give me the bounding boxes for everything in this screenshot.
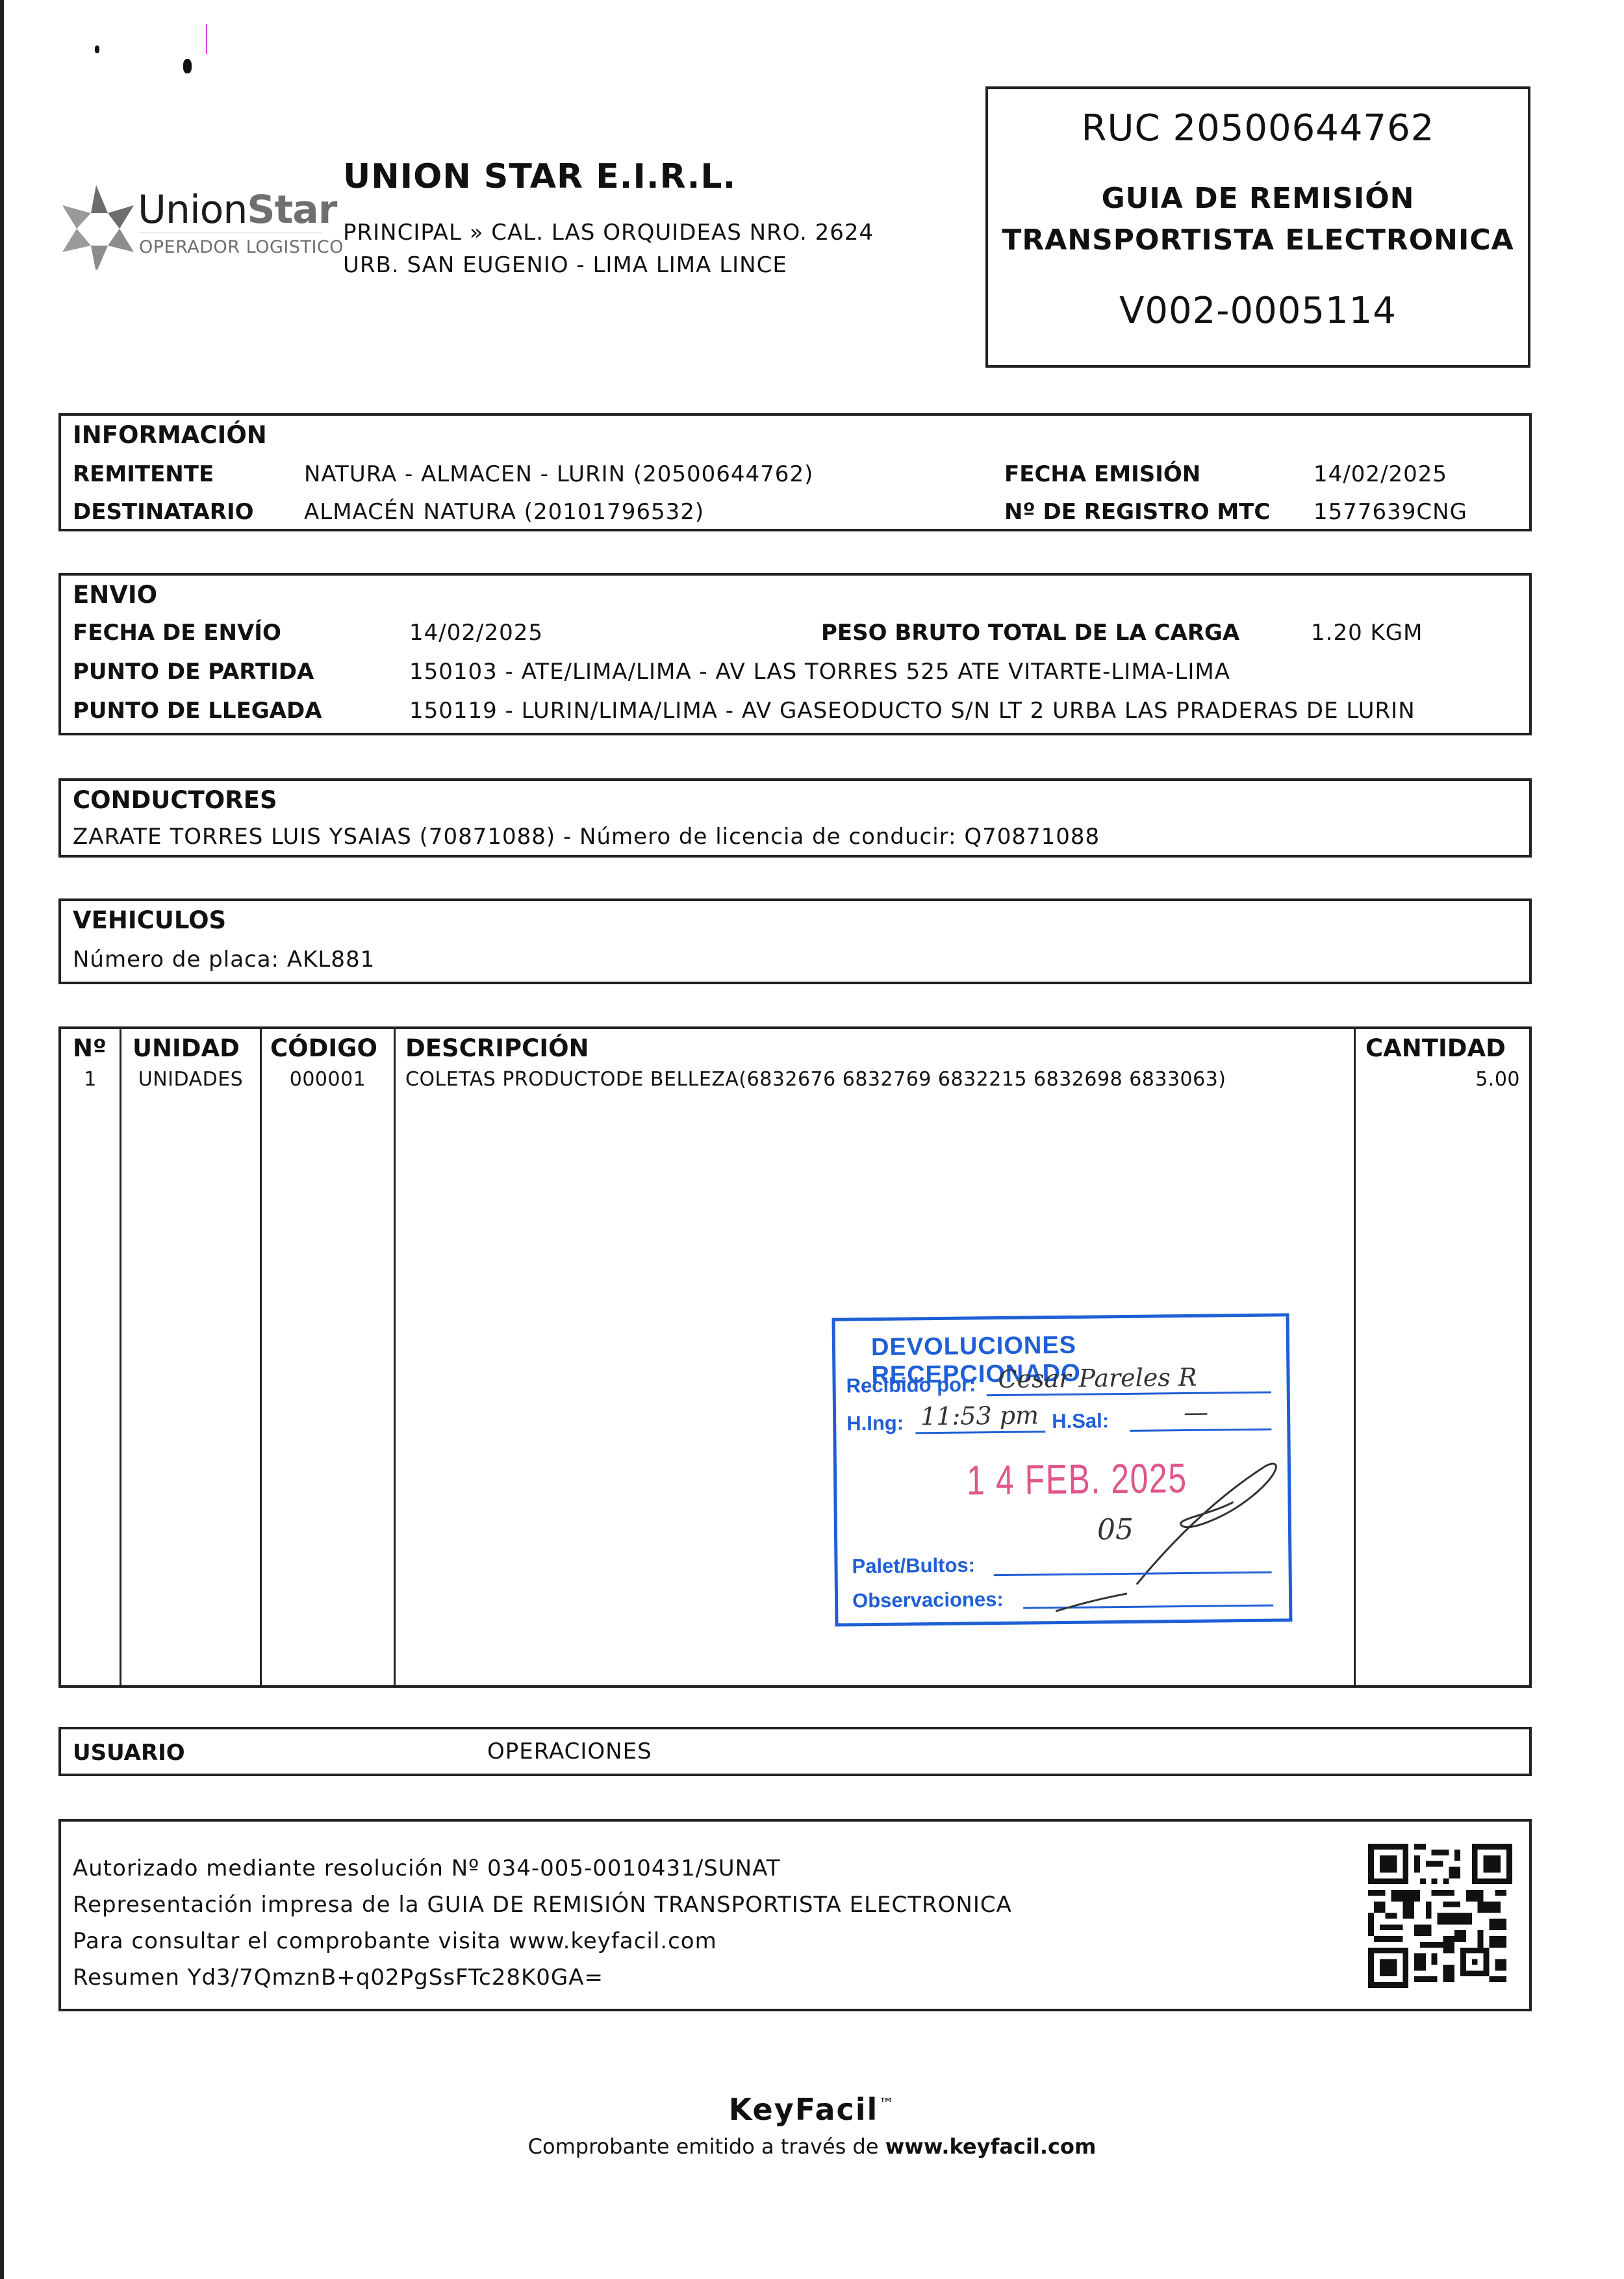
punto-llegada-label: PUNTO DE LLEGADA [73,698,322,724]
section-title: VEHICULOS [73,906,226,934]
column-divider [120,1029,121,1685]
column-divider [260,1029,262,1685]
cell-no: 1 [61,1068,120,1091]
section-envio: ENVIO FECHA DE ENVÍO 14/02/2025 PESO BRU… [58,573,1532,735]
header-unidad: UNIDAD [133,1034,240,1062]
hsal-label: H.Sal: [1052,1409,1109,1433]
section-title: ENVIO [73,581,157,609]
logo-divider [139,233,322,233]
qr-code-icon [1368,1844,1512,1988]
cell-descripcion: COLETAS PRODUCTODE BELLEZA(6832676 68327… [405,1068,1226,1091]
cell-unidad: UNIDADES [121,1068,260,1091]
header-codigo: CÓDIGO [270,1034,377,1062]
section-informacion: INFORMACIÓN REMITENTE NATURA - ALMACEN -… [58,413,1532,531]
fecha-envio-value: 14/02/2025 [409,620,543,646]
cell-codigo: 000001 [262,1068,394,1091]
stamp-line [1130,1429,1271,1432]
cell-cantidad: 5.00 [1475,1068,1520,1091]
remitente-value: NATURA - ALMACEN - LURIN (20500644762) [304,461,813,487]
section-vehiculos: VEHICULOS Número de placa: AKL881 [58,898,1532,984]
observaciones-label: Observaciones: [852,1588,1004,1612]
peso-value: 1.20 KGM [1311,620,1423,646]
hsal-handwritten: — [1184,1398,1208,1427]
scan-speck [95,45,99,53]
footer-brand: KeyFacil™ [0,2092,1624,2127]
company-address: PRINCIPAL » CAL. LAS ORQUIDEAS NRO. 2624… [343,216,874,281]
section-conductores: CONDUCTORES ZARATE TORRES LUIS YSAIAS (7… [58,778,1532,858]
section-title: CONDUCTORES [73,786,277,814]
header-descripcion: DESCRIPCIÓN [405,1034,589,1062]
fecha-emision-label: FECHA EMISIÓN [1004,461,1200,487]
items-table: Nº UNIDAD CÓDIGO DESCRIPCIÓN CANTIDAD 1 … [58,1026,1532,1688]
punto-partida-value: 150103 - ATE/LIMA/LIMA - AV LAS TORRES 5… [409,659,1230,685]
header-no: Nº [73,1034,107,1062]
hing-label: H.Ing: [846,1412,904,1436]
logo-tagline: OPERADOR LOGISTICO [139,237,344,257]
fecha-emision-value: 14/02/2025 [1313,461,1447,487]
hing-handwritten: 11:53 pm [920,1401,1039,1431]
placa-value: Número de placa: AKL881 [73,947,375,973]
stamp-line [915,1431,1045,1434]
address-line-2: URB. SAN EUGENIO - LIMA LIMA LINCE [343,249,874,281]
logo-wordmark: UnionStar [138,187,336,233]
punto-partida-label: PUNTO DE PARTIDA [73,659,314,685]
destinatario-value: ALMACÉN NATURA (20101796532) [304,499,704,525]
registro-mtc-value: 1577639CNG [1313,499,1467,525]
section-title: INFORMACIÓN [73,421,267,449]
bultos-handwritten: 05 [1097,1513,1134,1547]
legal-line-4: Resumen Yd3/7QmznB+q02PgSsFTc28K0GA= [73,1965,603,1991]
header-cantidad: CANTIDAD [1365,1034,1506,1062]
document-id-box: RUC 20500644762 GUIA DE REMISIÓN TRANSPO… [985,86,1530,368]
legal-line-2: Representación impresa de la GUIA DE REM… [73,1892,1012,1918]
legal-line-1: Autorizado mediante resolución Nº 034-00… [73,1855,780,1881]
punto-llegada-value: 150119 - LURIN/LIMA/LIMA - AV GASEODUCTO… [409,698,1415,724]
destinatario-label: DESTINATARIO [73,499,254,525]
palet-label: Palet/Bultos: [852,1553,975,1578]
recibido-label: Recibido por: [846,1373,976,1397]
section-usuario: USUARIO OPERACIONES [58,1727,1532,1776]
footer-note: Comprobante emitido a través de www.keyf… [0,2134,1624,2159]
recibido-handwritten: Cesar Pareles R [998,1363,1197,1394]
reception-stamp: DEVOLUCIONES RECEPCIONADO Recibido por: … [832,1313,1293,1626]
column-divider [394,1029,396,1685]
conductor-value: ZARATE TORRES LUIS YSAIAS (70871088) - N… [73,824,1100,850]
fecha-envio-label: FECHA DE ENVÍO [73,620,281,646]
scan-speck [183,59,192,73]
registro-mtc-label: Nº DE REGISTRO MTC [1004,499,1270,525]
company-name: UNION STAR E.I.R.L. [343,157,736,196]
document-title: GUIA DE REMISIÓN TRANSPORTISTA ELECTRONI… [988,178,1528,261]
legal-line-3: Para consultar el comprobante visita www… [73,1928,717,1954]
address-line-1: PRINCIPAL » CAL. LAS ORQUIDEAS NRO. 2624 [343,216,874,249]
footer-link[interactable]: www.keyfacil.com [885,2134,1097,2159]
usuario-label: USUARIO [73,1740,185,1766]
signature-icon [1110,1453,1293,1591]
scan-speck [206,24,207,54]
usuario-value: OPERACIONES [487,1738,652,1764]
dash-stroke-icon [1052,1591,1130,1615]
peso-label: PESO BRUTO TOTAL DE LA CARGA [821,620,1239,646]
section-legal: Autorizado mediante resolución Nº 034-00… [58,1819,1532,2011]
ruc-number: RUC 20500644762 [988,107,1528,149]
document-number: V002-0005114 [988,290,1528,332]
scan-edge-artifact [0,0,4,2279]
column-divider [1354,1029,1356,1685]
remitente-label: REMITENTE [73,461,214,487]
